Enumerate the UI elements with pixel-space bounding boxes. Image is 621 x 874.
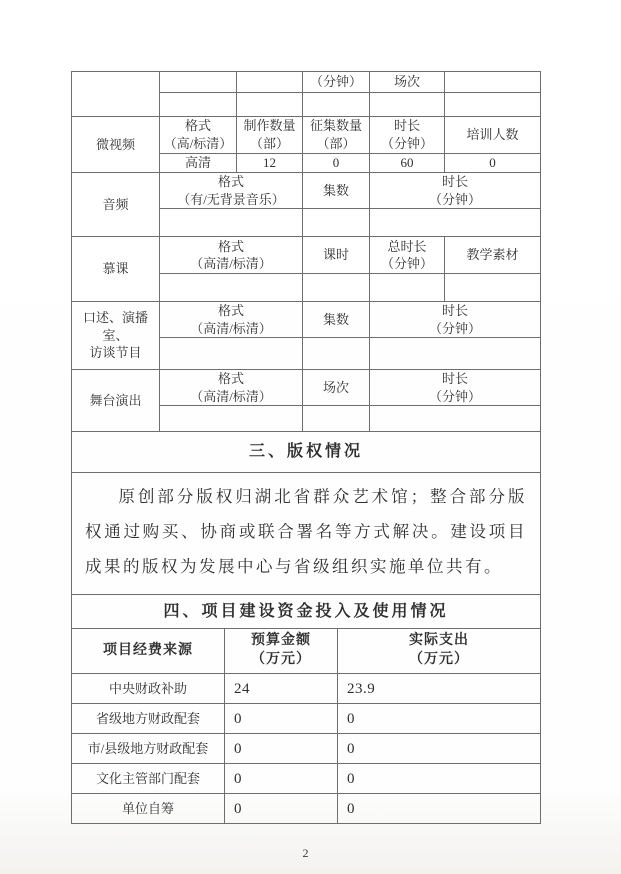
table-row: 微视频 格式 （高/标清） 制作数量 （部） 征集数量 （部） 时长 （分钟） … <box>72 117 541 154</box>
empty-cell <box>370 93 445 117</box>
funding-budget-header: 预算金额 （万元） <box>225 629 338 674</box>
scanned-report-page: （分钟） 场次 微视频 格式 （高/标清） 制作数量 （部） 征集数量 （部） … <box>0 0 621 874</box>
empty-cell <box>160 93 237 117</box>
micro-video-collected-header: 征集数量 （部） <box>303 117 370 154</box>
empty-cell <box>445 72 541 93</box>
funding-actual-value: 0 <box>338 734 541 764</box>
page-content: （分钟） 场次 微视频 格式 （高/标清） 制作数量 （部） 征集数量 （部） … <box>71 0 540 861</box>
micro-video-format-header: 格式 （高/标清） <box>160 117 237 154</box>
category-micro-video: 微视频 <box>72 117 160 173</box>
category-audio: 音频 <box>72 173 160 237</box>
audio-duration-header: 时长 （分钟） <box>370 173 541 209</box>
funding-actual-header: 实际支出 （万元） <box>338 629 541 674</box>
micro-video-duration-header: 时长 （分钟） <box>370 117 445 154</box>
category-mooc: 慕课 <box>72 237 160 302</box>
table-row: 省级地方财政配套 0 0 <box>72 704 541 734</box>
mooc-lessons-value <box>303 274 370 302</box>
oral-format-value <box>160 338 303 370</box>
micro-video-collected-value: 0 <box>303 154 370 173</box>
table-row: 音频 格式 （有/无背景音乐） 集数 时长 （分钟） <box>72 173 541 209</box>
copyright-paragraph-text: 原创部分版权归湖北省群众艺术馆；整合部分版权通过购买、协商或联合署名等方式解决。… <box>85 487 527 576</box>
audio-episodes-value <box>303 209 370 237</box>
funding-budget-value: 0 <box>225 734 338 764</box>
funding-table: 项目经费来源 预算金额 （万元） 实际支出 （万元） 中央财政补助 24 23.… <box>71 628 541 824</box>
micro-video-produced-value: 12 <box>237 154 303 173</box>
stage-duration-value <box>370 406 541 432</box>
copyright-paragraph: 原创部分版权归湖北省群众艺术馆；整合部分版权通过购买、协商或联合署名等方式解决。… <box>72 473 541 595</box>
micro-video-trainees-value: 0 <box>445 154 541 173</box>
table-row: 中央财政补助 24 23.9 <box>72 674 541 704</box>
stage-sessions-value <box>303 406 370 432</box>
table-row: 四、项目建设资金投入及使用情况 <box>72 595 541 629</box>
oral-episodes-value <box>303 338 370 370</box>
oral-format-header: 格式 （高清/标清） <box>160 302 303 338</box>
audio-format-value <box>160 209 303 237</box>
stage-format-header: 格式 （高清/标清） <box>160 370 303 406</box>
funding-source-header: 项目经费来源 <box>72 629 225 674</box>
empty-cell <box>237 72 303 93</box>
mooc-total-duration-value <box>370 274 445 302</box>
micro-video-produced-header: 制作数量 （部） <box>237 117 303 154</box>
funding-source: 市/县级地方财政配套 <box>72 734 225 764</box>
table-row: 口述、演播室、 访谈节目 格式 （高清/标清） 集数 时长 （分钟） <box>72 302 541 338</box>
empty-cell <box>445 93 541 117</box>
mooc-materials-value <box>445 274 541 302</box>
funding-budget-value: 0 <box>225 764 338 794</box>
table-row: 市/县级地方财政配套 0 0 <box>72 734 541 764</box>
carryover-sessions-label: 场次 <box>370 72 445 93</box>
carryover-category-cell <box>72 72 160 117</box>
oral-duration-value <box>370 338 541 370</box>
mooc-materials-header: 教学素材 <box>445 237 541 274</box>
table-row: 慕课 格式 （高清/标清） 课时 总时长 （分钟） 教学素材 <box>72 237 541 274</box>
micro-video-duration-value: 60 <box>370 154 445 173</box>
empty-cell <box>160 72 237 93</box>
funding-source: 单位自筹 <box>72 794 225 824</box>
funding-section-title: 四、项目建设资金投入及使用情况 <box>72 595 541 629</box>
funding-actual-value: 0 <box>338 704 541 734</box>
category-oral-studio: 口述、演播室、 访谈节目 <box>72 302 160 370</box>
carryover-duration-label: （分钟） <box>303 72 370 93</box>
copyright-section-title: 三、版权情况 <box>72 432 541 473</box>
category-stage-show: 舞台演出 <box>72 370 160 432</box>
table-row: 三、版权情况 <box>72 432 541 473</box>
media-products-table: （分钟） 场次 微视频 格式 （高/标清） 制作数量 （部） 征集数量 （部） … <box>71 71 541 629</box>
funding-actual-value: 0 <box>338 764 541 794</box>
oral-duration-header: 时长 （分钟） <box>370 302 541 338</box>
table-row: 舞台演出 格式 （高清/标清） 场次 时长 （分钟） <box>72 370 541 406</box>
funding-source: 文化主管部门配套 <box>72 764 225 794</box>
stage-format-value <box>160 406 303 432</box>
mooc-lessons-header: 课时 <box>303 237 370 274</box>
table-row: （分钟） 场次 <box>72 72 541 93</box>
funding-actual-value: 23.9 <box>338 674 541 704</box>
funding-source: 中央财政补助 <box>72 674 225 704</box>
oral-episodes-header: 集数 <box>303 302 370 338</box>
table-row: 原创部分版权归湖北省群众艺术馆；整合部分版权通过购买、协商或联合署名等方式解决。… <box>72 473 541 595</box>
audio-duration-value <box>370 209 541 237</box>
funding-budget-value: 0 <box>225 794 338 824</box>
table-row: 项目经费来源 预算金额 （万元） 实际支出 （万元） <box>72 629 541 674</box>
micro-video-format-value: 高清 <box>160 154 237 173</box>
funding-actual-value: 0 <box>338 794 541 824</box>
funding-budget-value: 0 <box>225 704 338 734</box>
table-row: 文化主管部门配套 0 0 <box>72 764 541 794</box>
empty-cell <box>237 93 303 117</box>
table-row: 单位自筹 0 0 <box>72 794 541 824</box>
funding-source: 省级地方财政配套 <box>72 704 225 734</box>
page-number: 2 <box>71 846 540 861</box>
empty-cell <box>303 93 370 117</box>
funding-budget-value: 24 <box>225 674 338 704</box>
stage-sessions-header: 场次 <box>303 370 370 406</box>
mooc-format-value <box>160 274 303 302</box>
micro-video-trainees-header: 培训人数 <box>445 117 541 154</box>
mooc-format-header: 格式 （高清/标清） <box>160 237 303 274</box>
audio-episodes-header: 集数 <box>303 173 370 209</box>
stage-duration-header: 时长 （分钟） <box>370 370 541 406</box>
audio-format-header: 格式 （有/无背景音乐） <box>160 173 303 209</box>
mooc-total-duration-header: 总时长 （分钟） <box>370 237 445 274</box>
